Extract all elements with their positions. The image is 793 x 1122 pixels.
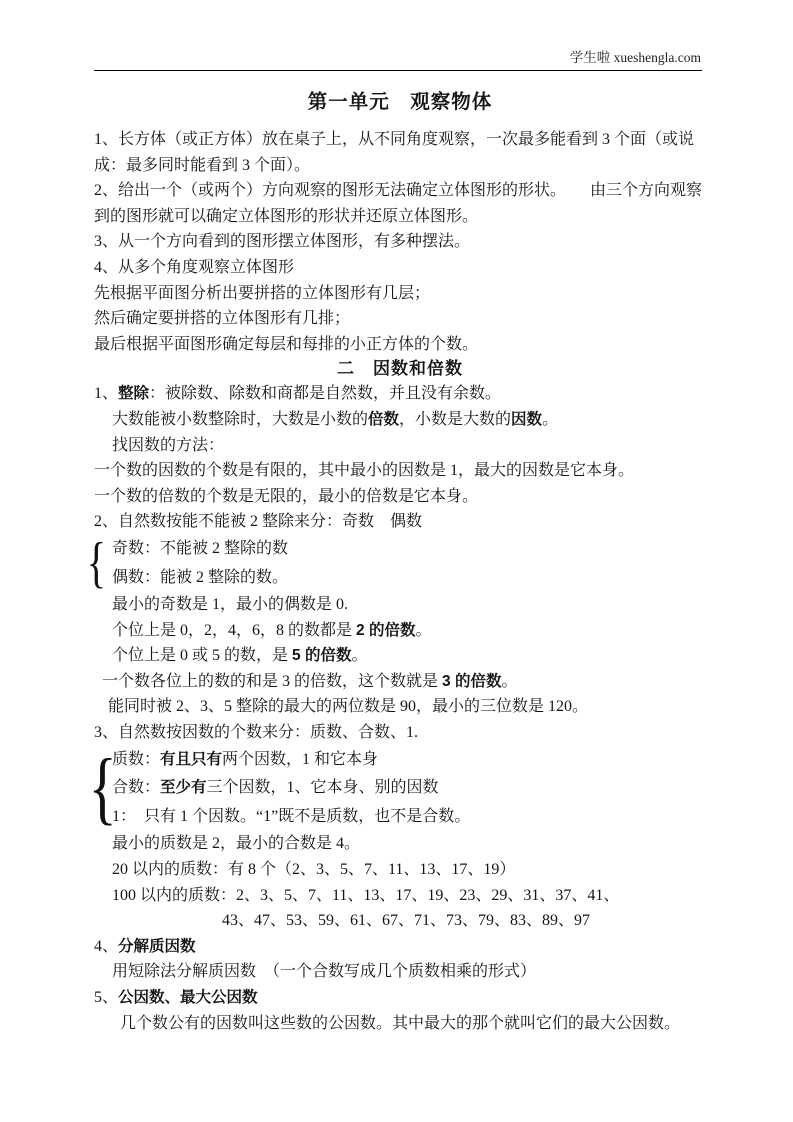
text-run: 1、长方体（或正方体）放在桌子上，从不同角度观察，一次最多能看到 3 个面（或说 — [94, 131, 694, 148]
text-run: 几个数公有的因数叫这些数的公因数。其中最大的那个就叫它们的最大公因数。 — [120, 1015, 680, 1032]
text-run: 到的图形就可以确定立体图形的形状并还原立体图形。 — [94, 208, 478, 225]
text-run: 成：最多同时能看到 3 个面）。 — [94, 157, 310, 174]
left-brace-icon: { — [87, 534, 106, 590]
text-run: 一个数的因数的个数是有限的，其中最小的因数是 1，最大的因数是它本身。 — [94, 462, 634, 479]
doc-line: 一个数各位上的数的和是 3 的倍数，这个数就是 3 的倍数。 — [94, 669, 706, 695]
bold-text-run: 至少有 — [160, 779, 207, 796]
doc-line: 用短除法分解质因数 （一个合数写成几个质数相乘的形式） — [94, 959, 706, 985]
text-run: 偶数：能被 2 整除的数。 — [112, 569, 288, 586]
doc-line: 1： 只有 1 个因数。“1”既不是质数，也不是合数。 — [94, 803, 706, 832]
doc-line: 3、从一个方向看到的图形摆立体图形，有多种摆法。 — [94, 229, 706, 255]
doc-line: 大数能被小数整除时，大数是小数的倍数，小数是大数的因数。 — [94, 407, 706, 433]
site-watermark-label: 学生啦 xueshengla.com — [570, 49, 701, 67]
text-run: 个位上是 0 或 5 的数，是 — [112, 647, 292, 664]
text-run: 43、47、53、59、61、67、71、73、79、83、89、97 — [222, 912, 590, 929]
text-run: 用短除法分解质因数 （一个合数写成几个质数相乘的形式） — [112, 963, 536, 980]
text-run: 100 以内的质数：2、3、5、7、11、13、17、19、23、29、31、3… — [112, 887, 619, 904]
doc-line: 个位上是 0，2，4，6，8 的数都是 2 的倍数。 — [94, 618, 706, 644]
text-run: 找因数的方法： — [112, 437, 224, 454]
text-run: 合数： — [112, 779, 160, 796]
doc-line: 5、公因数、最大公因数 — [94, 985, 706, 1011]
text-run: 。 — [501, 673, 517, 690]
document-page: 学生啦 xueshengla.com 第一单元 观察物体1、长方体（或正方体）放… — [0, 0, 793, 1122]
text-run: 20 以内的质数：有 8 个（2、3、5、7、11、13、17、19） — [112, 861, 515, 878]
doc-line: 能同时被 2、3、5 整除的最大的两位数是 90，最小的三位数是 120。 — [94, 694, 706, 720]
text-run: 能同时被 2、3、5 整除的最大的两位数是 90，最小的三位数是 120。 — [108, 698, 588, 715]
doc-line: 100 以内的质数：2、3、5、7、11、13、17、19、23、29、31、3… — [94, 883, 706, 909]
doc-line: 3、自然数按因数的个数来分：质数、合数、1. — [94, 720, 706, 746]
bold-text-run: 分解质因数 — [118, 938, 196, 955]
text-run: 最小的奇数是 1，最小的偶数是 0. — [112, 596, 348, 613]
text-run: 三个因数，1、它本身、别的因数 — [207, 779, 439, 796]
bold-text-run: 5 的倍数 — [292, 647, 351, 664]
brace-group: {奇数：不能被 2 整除的数偶数：能被 2 整除的数。 — [94, 535, 706, 592]
text-run: 2、自然数按能不能被 2 整除来分：奇数 偶数 — [94, 513, 422, 530]
text-run: 。 — [415, 622, 431, 639]
doc-line: 2、自然数按能不能被 2 整除来分：奇数 偶数 — [94, 509, 706, 535]
bold-text-run: 有且只有 — [160, 751, 222, 768]
bold-text-run: 倍数 — [368, 411, 399, 428]
bold-text-run: 因数 — [511, 411, 542, 428]
doc-line: 4、分解质因数 — [94, 934, 706, 960]
doc-line: 然后确定要拼搭的立体图形有几排； — [94, 306, 706, 332]
text-run: 1、 — [94, 385, 118, 402]
bold-text-run: 整除 — [118, 385, 149, 402]
doc-line: 找因数的方法： — [94, 433, 706, 459]
doc-line: 4、从多个角度观察立体图形 — [94, 255, 706, 281]
text-run: 。 — [351, 647, 367, 664]
doc-line: 几个数公有的因数叫这些数的公因数。其中最大的那个就叫它们的最大公因数。 — [94, 1011, 706, 1037]
doc-line: 奇数：不能被 2 整除的数 — [94, 535, 706, 564]
text-run: 2、给出一个（或两个）方向观察的图形无法确定立体图形的形状。 由三个方向观察 — [94, 182, 702, 199]
left-brace-icon: { — [89, 746, 117, 828]
doc-line: 个位上是 0 或 5 的数，是 5 的倍数。 — [94, 643, 706, 669]
text-run: 1： 只有 1 个因数。“1”既不是质数，也不是合数。 — [112, 808, 470, 825]
doc-line: 偶数：能被 2 整除的数。 — [94, 564, 706, 593]
bold-text-run: 公因数、最大公因数 — [118, 989, 258, 1006]
text-run: 4、从多个角度观察立体图形 — [94, 259, 294, 276]
doc-line: 最后根据平面图形确定每层和每排的小正方体的个数。 — [94, 332, 706, 358]
text-run: 最后根据平面图形确定每层和每排的小正方体的个数。 — [94, 336, 478, 353]
text-run: 质数： — [112, 751, 160, 768]
text-run: 3、自然数按因数的个数来分：质数、合数、1. — [94, 724, 418, 741]
section-title: 二 因数和倍数 — [94, 357, 706, 381]
bold-text-run: 3 的倍数 — [442, 673, 501, 690]
doc-line: 一个数的倍数的个数是无限的，最小的倍数是它本身。 — [94, 484, 706, 510]
text-run: 最小的质数是 2，最小的合数是 4。 — [112, 835, 360, 852]
text-run: ，小数是大数的 — [399, 411, 511, 428]
text-run: 个位上是 0，2，4，6，8 的数都是 — [112, 622, 356, 639]
doc-line: 2、给出一个（或两个）方向观察的图形无法确定立体图形的形状。 由三个方向观察 — [94, 178, 706, 204]
header-rule-divider — [94, 70, 702, 71]
text-run: 然后确定要拼搭的立体图形有几排； — [94, 310, 350, 327]
brace-group: {质数：有且只有两个因数，1 和它本身合数：至少有三个因数，1、它本身、别的因数… — [94, 746, 706, 832]
text-run: ：被除数、除数和商都是自然数，并且没有余数。 — [149, 385, 501, 402]
unit-title: 第一单元 观察物体 — [94, 83, 706, 127]
doc-line: 合数：至少有三个因数，1、它本身、别的因数 — [94, 774, 706, 803]
doc-content: 第一单元 观察物体1、长方体（或正方体）放在桌子上，从不同角度观察，一次最多能看… — [94, 83, 706, 1036]
text-run: 一个数的倍数的个数是无限的，最小的倍数是它本身。 — [94, 488, 478, 505]
doc-line: 1、长方体（或正方体）放在桌子上，从不同角度观察，一次最多能看到 3 个面（或说 — [94, 127, 706, 153]
text-run: 。 — [542, 411, 558, 428]
doc-line: 43、47、53、59、61、67、71、73、79、83、89、97 — [94, 908, 706, 934]
doc-line: 到的图形就可以确定立体图形的形状并还原立体图形。 — [94, 204, 706, 230]
doc-line: 1、整除：被除数、除数和商都是自然数，并且没有余数。 — [94, 381, 706, 407]
text-run: 两个因数，1 和它本身 — [222, 751, 378, 768]
text-run: 奇数：不能被 2 整除的数 — [112, 540, 288, 557]
text-run: 大数能被小数整除时，大数是小数的 — [112, 411, 368, 428]
text-run: 先根据平面图分析出要拼搭的立体图形有几层； — [94, 285, 430, 302]
doc-line: 最小的奇数是 1，最小的偶数是 0. — [94, 592, 706, 618]
text-run: 5、 — [94, 989, 118, 1006]
doc-line: 先根据平面图分析出要拼搭的立体图形有几层； — [94, 281, 706, 307]
doc-line: 质数：有且只有两个因数，1 和它本身 — [94, 746, 706, 775]
text-run: 3、从一个方向看到的图形摆立体图形，有多种摆法。 — [94, 233, 470, 250]
text-run: 4、 — [94, 938, 118, 955]
doc-line: 最小的质数是 2，最小的合数是 4。 — [94, 831, 706, 857]
doc-line: 20 以内的质数：有 8 个（2、3、5、7、11、13、17、19） — [94, 857, 706, 883]
doc-line: 成：最多同时能看到 3 个面）。 — [94, 153, 706, 179]
text-run: 一个数各位上的数的和是 3 的倍数，这个数就是 — [102, 673, 442, 690]
doc-line: 一个数的因数的个数是有限的，其中最小的因数是 1，最大的因数是它本身。 — [94, 458, 706, 484]
bold-text-run: 2 的倍数 — [356, 622, 415, 639]
